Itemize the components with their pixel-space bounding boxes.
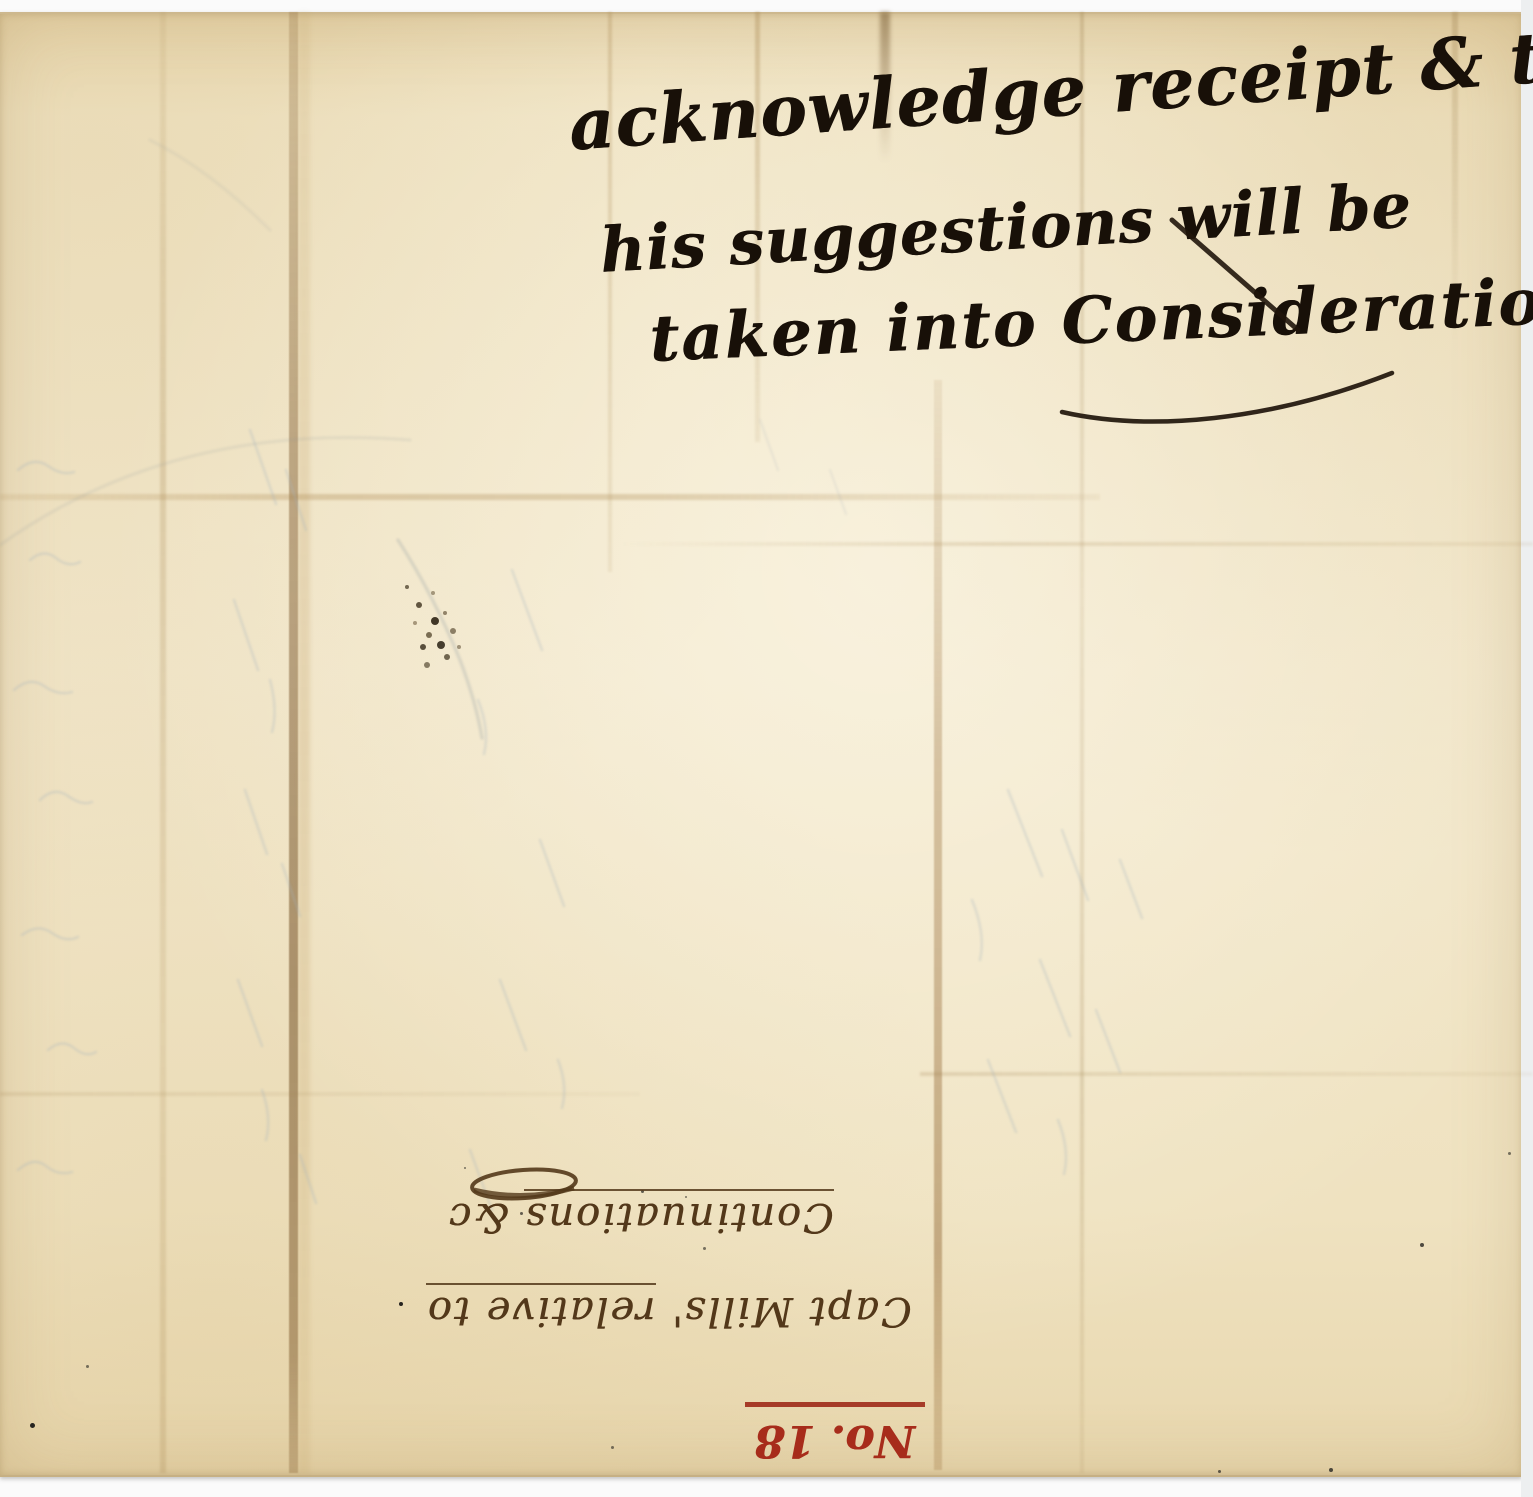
docket-oval-flourish xyxy=(462,1156,582,1206)
document-scan: acknowledge receipt & that his suggestio… xyxy=(0,0,1533,1497)
dust-speck xyxy=(1420,1243,1424,1247)
docket-note: Capt Mills' relative to Continuations &c xyxy=(400,1145,920,1340)
dust-speck xyxy=(1218,1470,1221,1473)
scanner-bed-edge xyxy=(1521,0,1533,1497)
docket-line1-start: Capt Mills' xyxy=(656,1288,912,1334)
dust-speck xyxy=(1329,1468,1333,1472)
ink-spatter-stain xyxy=(405,585,409,589)
dust-speck xyxy=(1508,1152,1511,1155)
docket-line1-underlined: relative to xyxy=(426,1283,655,1334)
dust-speck xyxy=(86,1365,89,1368)
dust-speck xyxy=(611,1446,614,1449)
dust-speck xyxy=(30,1423,35,1428)
docket-line-1: Capt Mills' relative to xyxy=(426,1288,912,1334)
file-number: No. 18 xyxy=(733,1378,925,1466)
file-number-text: No. 18 xyxy=(745,1402,925,1466)
